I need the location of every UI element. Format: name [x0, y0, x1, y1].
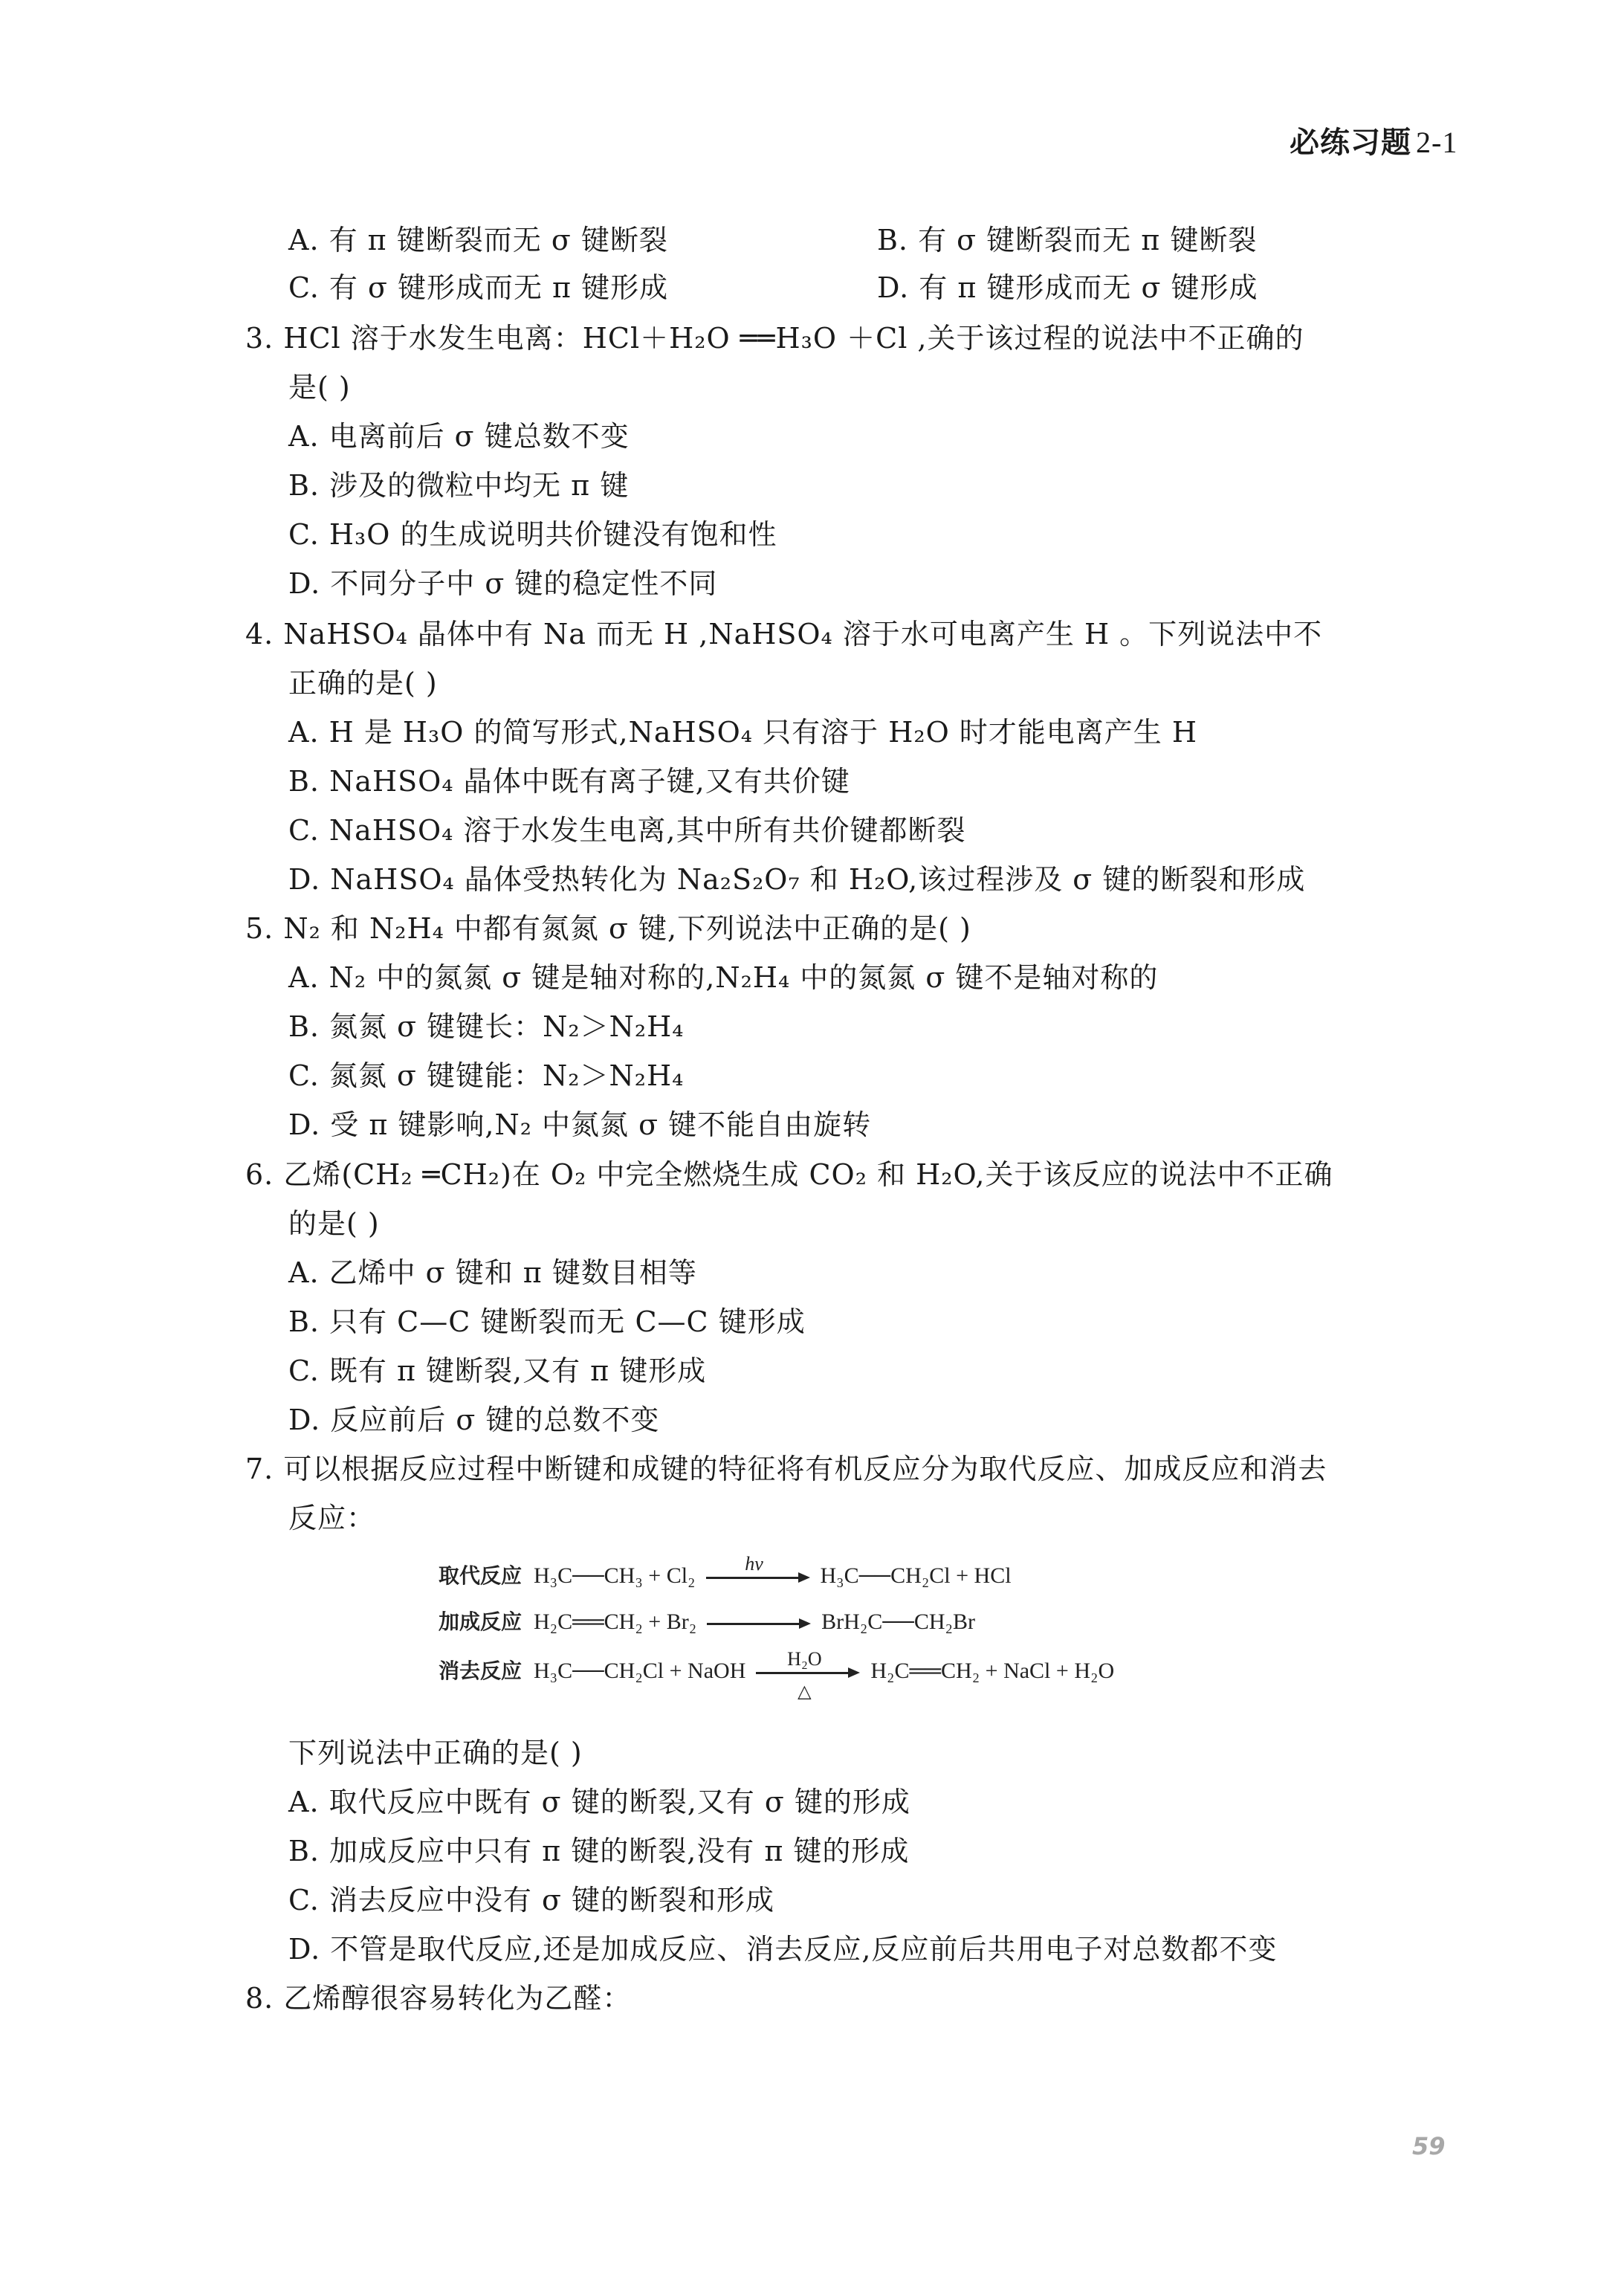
q5-option-a: A. N₂ 中的氮氮 σ 键是轴对称的,N₂H₄ 中的氮氮 σ 键不是轴对称的	[288, 959, 1158, 996]
reaction-arrow-icon: H₂O△	[756, 1654, 860, 1691]
equation-label: 加成反应	[439, 1609, 522, 1634]
section-label: 必练习题	[1290, 126, 1411, 160]
heat-triangle-icon: △	[756, 1673, 853, 1711]
q6-option-b: B. 只有 C—C 键断裂而无 C—C 键形成	[288, 1303, 806, 1340]
q7-stem-line2: 反应：	[288, 1499, 375, 1537]
q8-stem-line1: 8. 乙烯醇很容易转化为乙醛：	[245, 1980, 631, 2017]
reaction-arrow-icon: hv	[706, 1559, 810, 1596]
q2-option-b: B. 有 σ 键断裂而无 π 键断裂	[877, 222, 1257, 259]
q3-stem-line2: 是( )	[288, 369, 351, 406]
q2-option-d: D. 有 π 键形成而无 σ 键形成	[877, 269, 1258, 306]
q4-option-b: B. NaHSO₄ 晶体中既有离子键,又有共价键	[288, 763, 850, 800]
q3-stem-line1: 3. HCl 溶于水发生电离：HCl＋H₂O ══H₃O ＋Cl ,关于该过程的…	[245, 320, 1304, 357]
page-header: 必练习题2-1	[1290, 119, 1458, 161]
q7-option-b: B. 加成反应中只有 π 键的断裂,没有 π 键的形成	[288, 1832, 909, 1870]
q5-option-d: D. 受 π 键影响,N₂ 中氮氮 σ 键不能自由旋转	[288, 1106, 871, 1143]
q3-option-b: B. 涉及的微粒中均无 π 键	[288, 467, 629, 504]
q6-option-d: D. 反应前后 σ 键的总数不变	[288, 1401, 659, 1438]
equation-reactants: H₃C──CH₃ + Cl₂	[534, 1563, 696, 1588]
q7-option-a: A. 取代反应中既有 σ 键的断裂,又有 σ 键的形成	[288, 1783, 910, 1821]
equation-products: BrH₂C──CH₂Br	[821, 1609, 975, 1634]
q2-option-a: A. 有 π 键断裂而无 σ 键断裂	[288, 222, 668, 259]
equation-reactants: H₂C══CH₂ + Br₂	[534, 1609, 696, 1634]
q3-option-c: C. H₃O 的生成说明共价键没有饱和性	[288, 516, 777, 553]
q5-option-c: C. 氮氮 σ 键键能：N₂＞N₂H₄	[288, 1057, 684, 1094]
q4-option-a: A. H 是 H₃O 的简写形式,NaHSO₄ 只有溶于 H₂O 时才能电离产生…	[288, 714, 1197, 751]
equation-label: 取代反应	[439, 1563, 522, 1588]
section-number: 2-1	[1416, 126, 1458, 159]
q4-stem-line2: 正确的是( )	[288, 665, 438, 702]
q4-stem-line1: 4. NaHSO₄ 晶体中有 Na 而无 H ,NaHSO₄ 溶于水可电离产生 …	[245, 616, 1322, 653]
q5-option-b: B. 氮氮 σ 键键长：N₂＞N₂H₄	[288, 1008, 685, 1045]
equation-products: H₂C══CH₂ + NaCl + H₂O	[870, 1659, 1114, 1683]
q5-stem-line1: 5. N₂ 和 N₂H₄ 中都有氮氮 σ 键,下列说法中正确的是( )	[245, 910, 971, 947]
q6-option-c: C. 既有 π 键断裂,又有 π 键形成	[288, 1352, 706, 1389]
equation-elimination: 消去反应H₃C──CH₂Cl + NaOHH₂O△H₂C══CH₂ + NaCl…	[439, 1653, 1114, 1690]
q4-option-c: C. NaHSO₄ 溶于水发生电离,其中所有共价键都断裂	[288, 812, 966, 849]
q6-stem-line1: 6. 乙烯(CH₂ ═CH₂)在 O₂ 中完全燃烧生成 CO₂ 和 H₂O,关于…	[245, 1156, 1333, 1193]
page-number: 59	[1412, 2132, 1446, 2160]
q6-option-a: A. 乙烯中 σ 键和 π 键数目相等	[288, 1254, 697, 1291]
equation-addition: 加成反应H₂C══CH₂ + Br₂BrH₂C──CH₂Br	[439, 1604, 975, 1641]
reaction-equations-figure: 取代反应H₃C──CH₃ + Cl₂hvH₃C──CH₂Cl + HCl 加成反…	[439, 1557, 1226, 1706]
equation-reactants: H₃C──CH₂Cl + NaOH	[534, 1659, 745, 1683]
q7-option-c: C. 消去反应中没有 σ 键的断裂和形成	[288, 1882, 774, 1919]
q7-prompt: 下列说法中正确的是( )	[288, 1734, 583, 1772]
q4-option-d: D. NaHSO₄ 晶体受热转化为 Na₂S₂O₇ 和 H₂O,该过程涉及 σ …	[288, 861, 1305, 898]
equation-label: 消去反应	[439, 1659, 522, 1683]
equation-products: H₃C──CH₂Cl + HCl	[821, 1563, 1012, 1588]
equation-substitution: 取代反应H₃C──CH₃ + Cl₂hvH₃C──CH₂Cl + HCl	[439, 1557, 1012, 1595]
q3-option-a: A. 电离前后 σ 键总数不变	[288, 418, 630, 455]
q7-stem-line1: 7. 可以根据反应过程中断键和成键的特征将有机反应分为取代反应、加成反应和消去	[245, 1450, 1327, 1488]
q3-option-d: D. 不同分子中 σ 键的稳定性不同	[288, 565, 717, 602]
q6-stem-line2: 的是( )	[288, 1205, 380, 1242]
q7-option-d: D. 不管是取代反应,还是加成反应、消去反应,反应前后共用电子对总数都不变	[288, 1931, 1277, 1968]
reaction-arrow-icon	[707, 1605, 811, 1642]
q2-option-c: C. 有 σ 键形成而无 π 键形成	[288, 269, 668, 306]
